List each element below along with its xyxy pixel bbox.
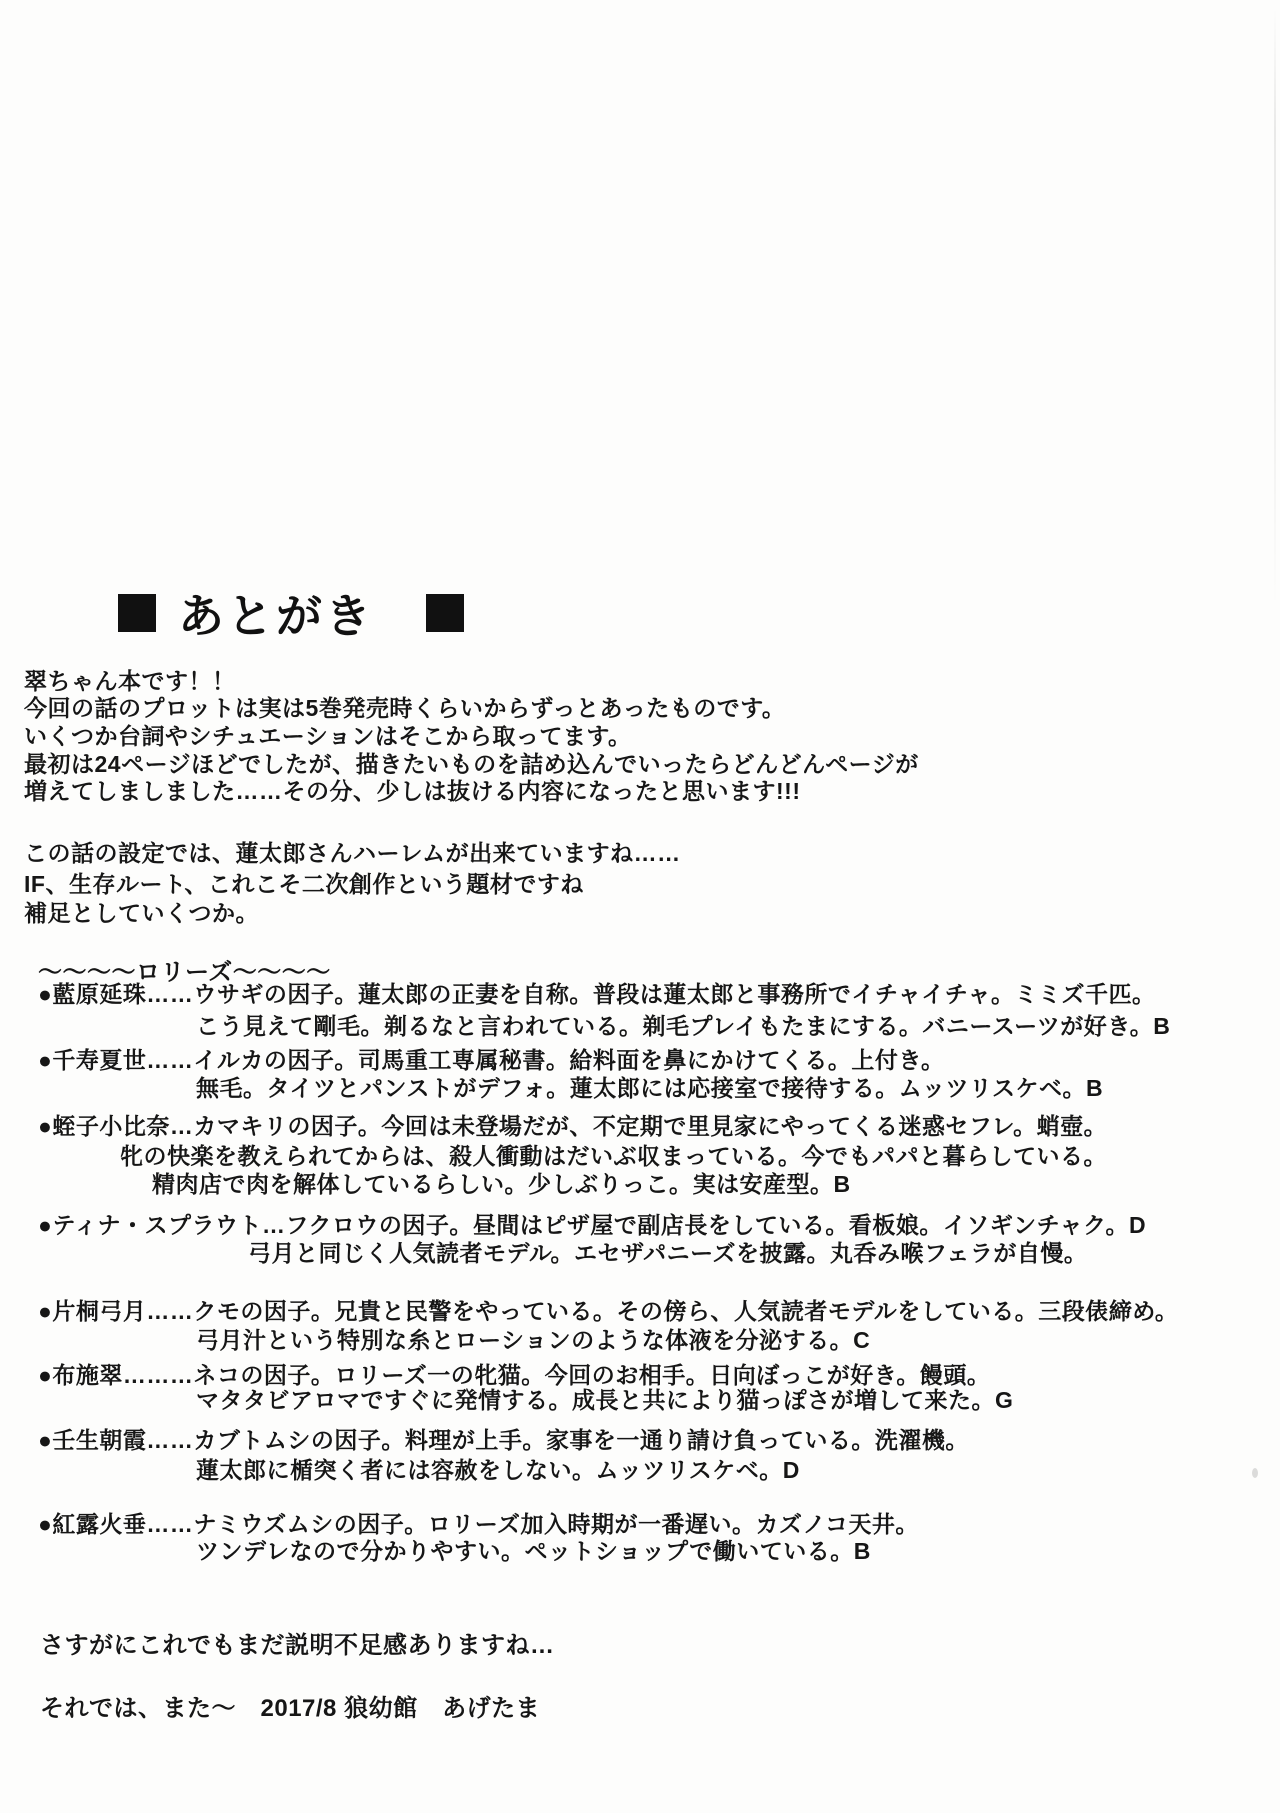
character-hotaru-line2: ツンデレなので分かりやすい。ペットショップで働いている。B	[196, 1533, 871, 1566]
afterword-page: あとがき 翠ちゃん本です！！ 今回の話のプロットは実は5巻発売時くらいからずっと…	[0, 0, 1280, 1813]
afterword-paragraph2-line3: 補足としていくつか。	[24, 895, 259, 928]
closing-line1: さすがにこれでもまだ説明不足感ありますね…	[40, 1625, 555, 1660]
character-asaka-line1: ●壬生朝霞……カブトムシの因子。料理が上手。家事を一通り請け負っている。洗濯機。	[38, 1422, 969, 1455]
character-kohina-line1: ●蛭子小比奈…カマキリの因子。今回は未登場だが、不定期で里見家にやってくる迷惑セ…	[38, 1108, 1107, 1141]
afterword-paragraph2-line1: この話の設定では、蓮太郎さんハーレムが出来ていますね……	[24, 835, 681, 868]
character-asaka-line2: 蓮太郎に楯突く者には容赦をしない。ムッツリスケベ。D	[196, 1452, 800, 1485]
title-square-left-icon	[118, 594, 156, 632]
page-title-text: あとがき	[178, 580, 374, 646]
character-kohina-line3: 精肉店で肉を解体しているらしい。少しぶりっこ。実は安産型。B	[152, 1166, 851, 1199]
scan-edge-artifact	[1274, 8, 1276, 608]
afterword-paragraph1-line5: 増えてしましました……その分、少しは抜ける内容になったと思います!!!	[24, 773, 800, 806]
character-kayo-line2: 無毛。タイツとパンストがデフォ。蓮太郎には応接室で接待する。ムッツリスケベ。B	[196, 1070, 1103, 1103]
title-square-right-icon	[426, 594, 464, 632]
character-enju-line1: ●藍原延珠……ウサギの因子。蓮太郎の正妻を自称。普段は蓮太郎と事務所でイチャイチ…	[38, 976, 1156, 1009]
closing-line2: それでは、また～ 2017/8 狼幼館 あげたま	[40, 1688, 540, 1723]
character-enju-line2: こう見えて剛毛。剃るなと言われている。剃毛プレイもたまにする。バニースーツが好き…	[196, 1008, 1170, 1041]
scan-speck-artifact	[1252, 1468, 1258, 1478]
page-title: あとがき	[118, 580, 464, 646]
character-tina-line2: 弓月と同じく人気読者モデル。エセザパニーズを披露。丸呑み喉フェラが自慢。	[248, 1235, 1087, 1268]
character-yuzuki-line2: 弓月汁という特別な糸とローションのような体液を分泌する。C	[196, 1322, 870, 1355]
character-midori-line2: マタタビアロマですぐに発情する。成長と共により猫っぽさが増して来た。G	[196, 1382, 1013, 1415]
